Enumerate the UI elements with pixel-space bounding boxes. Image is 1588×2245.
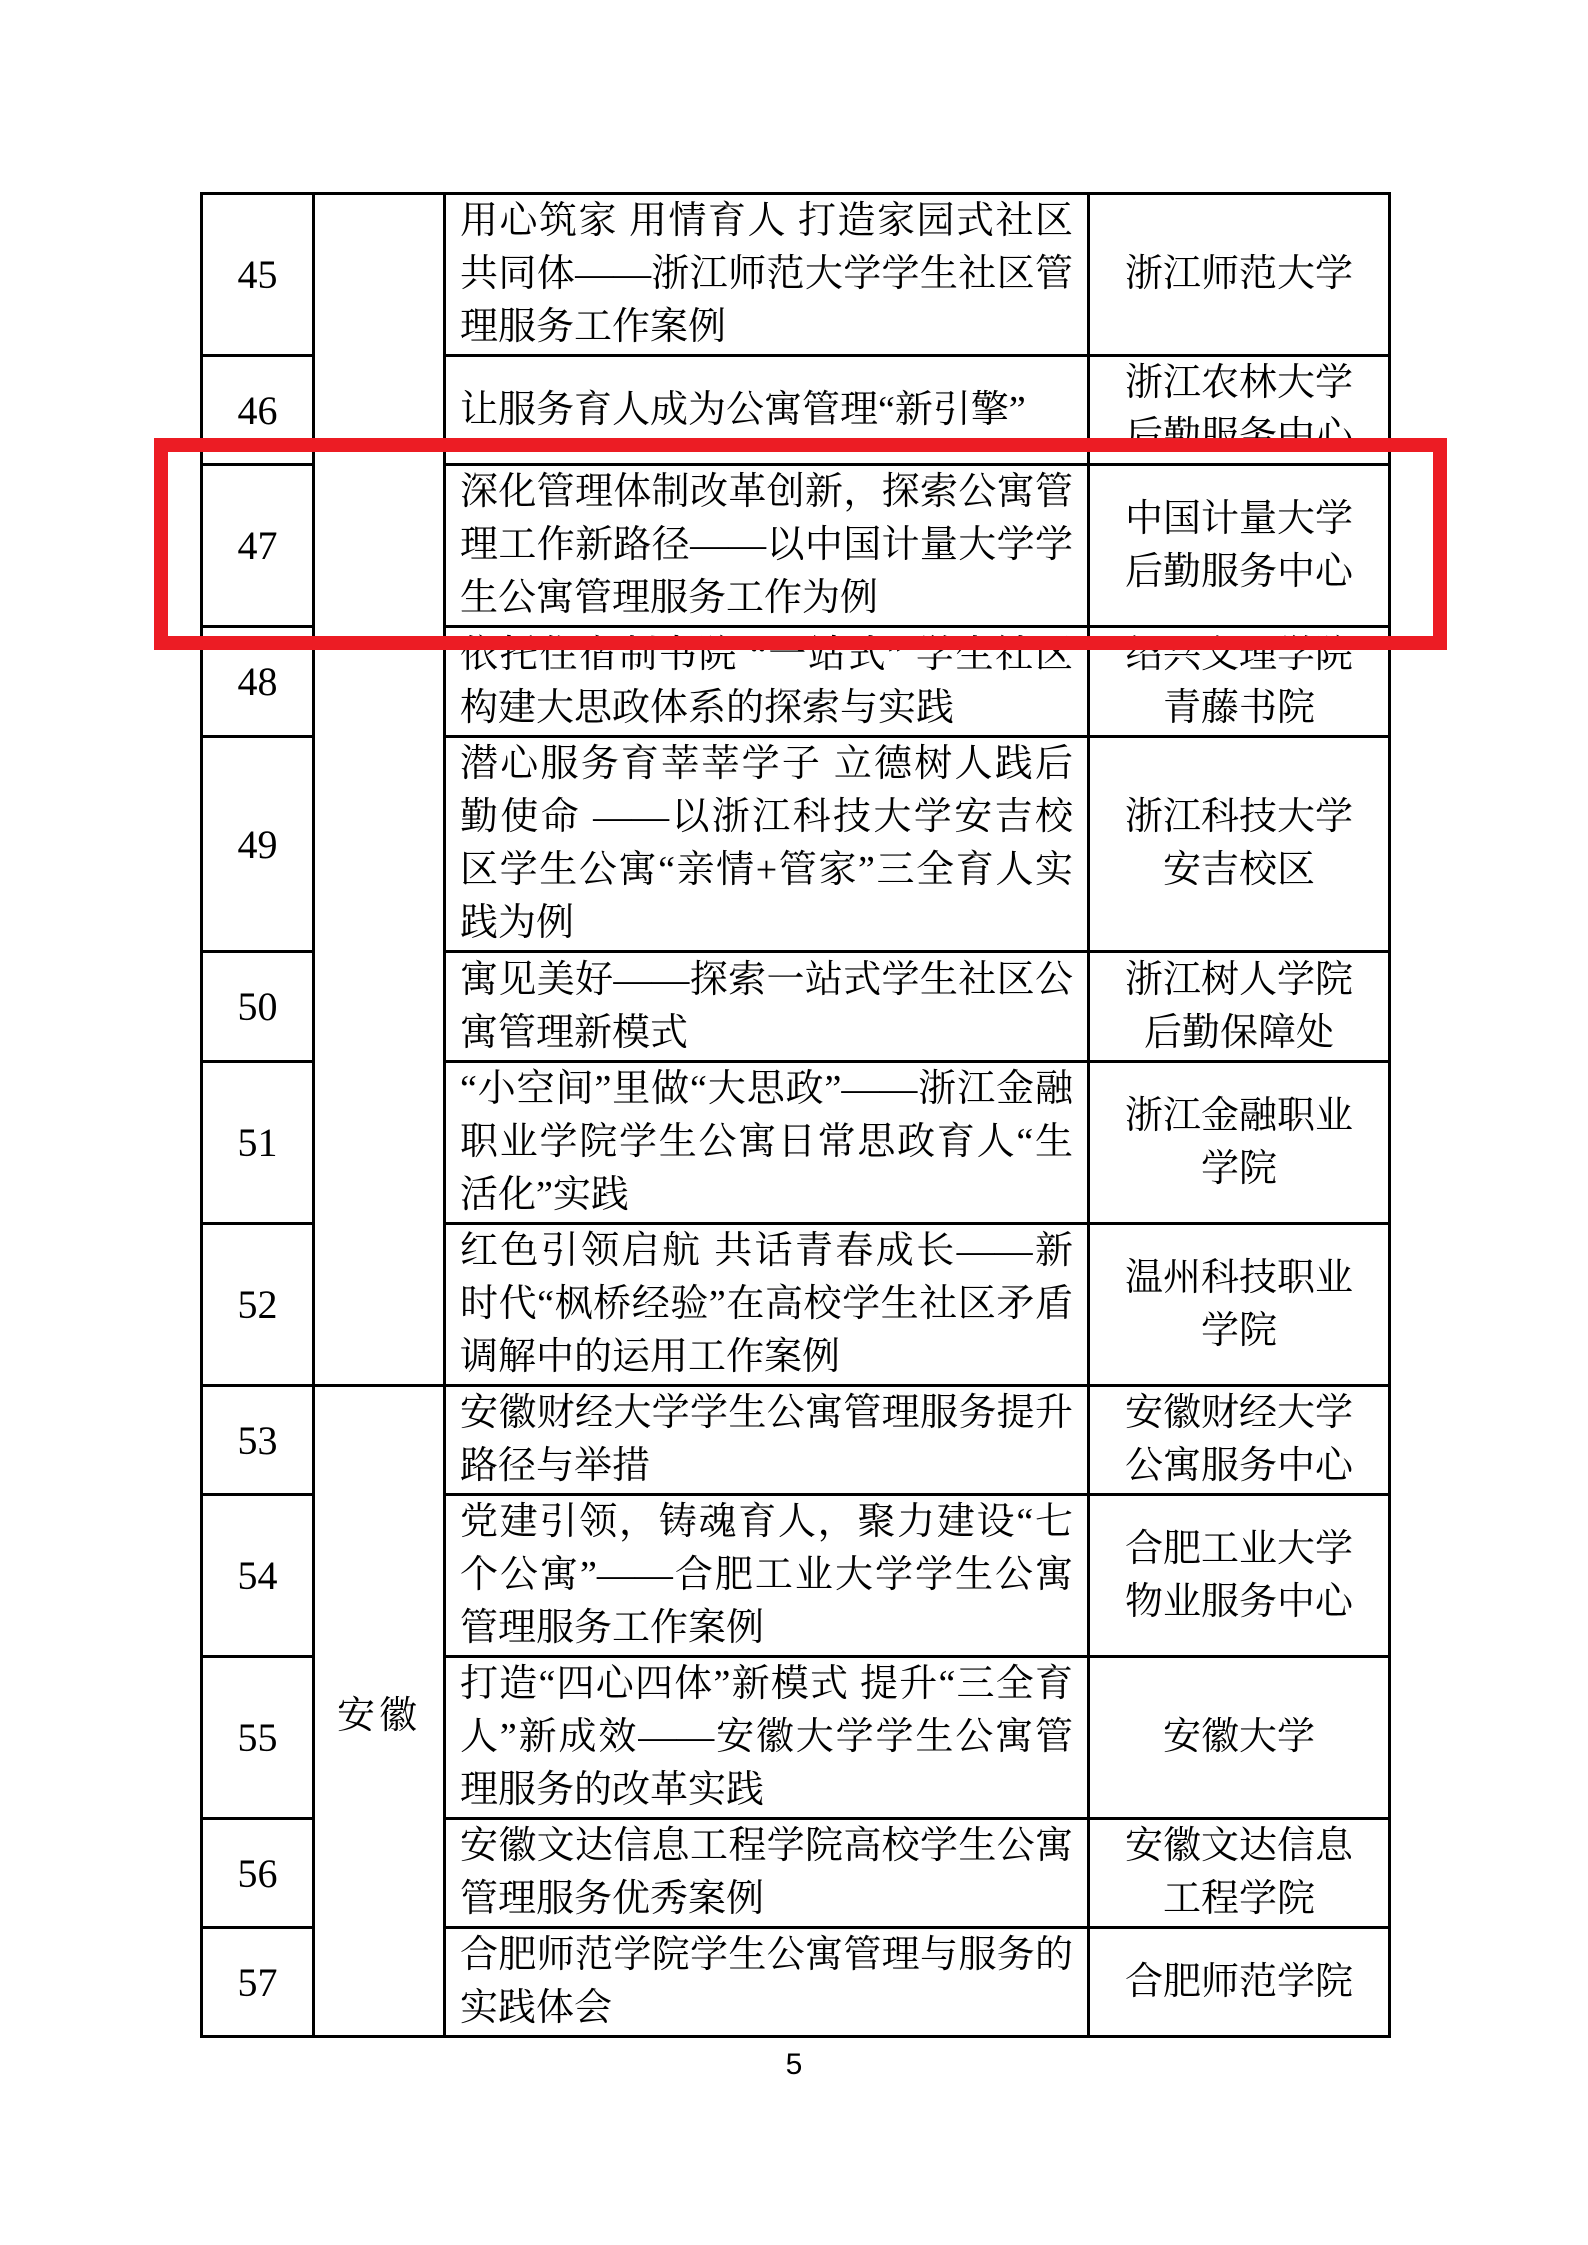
row-number-cell: 47 <box>202 465 314 627</box>
award-table-body: 45用心筑家 用情育人 打造家园式社区共同体——浙江师范大学学生社区管理服务工作… <box>202 194 1390 2037</box>
row-number-cell: 53 <box>202 1386 314 1495</box>
document-page: 45用心筑家 用情育人 打造家园式社区共同体——浙江师范大学学生社区管理服务工作… <box>0 0 1588 2245</box>
organization-cell: 安徽大学 <box>1089 1657 1390 1819</box>
organization-cell: 安徽财经大学公寓服务中心 <box>1089 1386 1390 1495</box>
row-number-cell: 56 <box>202 1819 314 1928</box>
province-cell <box>314 194 445 1386</box>
organization-cell: 合肥工业大学物业服务中心 <box>1089 1495 1390 1657</box>
row-number-cell: 49 <box>202 737 314 952</box>
case-title-cell: 安徽文达信息工程学院高校学生公寓管理服务优秀案例 <box>445 1819 1089 1928</box>
row-number-cell: 51 <box>202 1062 314 1224</box>
organization-cell: 绍兴文理学院青藤书院 <box>1089 627 1390 737</box>
case-title-cell: “小空间”里做“大思政”——浙江金融职业学院学生公寓日常思政育人“生活化”实践 <box>445 1062 1089 1224</box>
row-number-cell: 57 <box>202 1928 314 2037</box>
row-number-cell: 55 <box>202 1657 314 1819</box>
case-title-cell: 打造“四心四体”新模式 提升“三全育人”新成效——安徽大学学生公寓管理服务的改革… <box>445 1657 1089 1819</box>
case-title-cell: 依托住宿制书院 “一站式” 学生社区构建大思政体系的探索与实践 <box>445 627 1089 737</box>
case-title-cell: 用心筑家 用情育人 打造家园式社区共同体——浙江师范大学学生社区管理服务工作案例 <box>445 194 1089 356</box>
award-case-table: 45用心筑家 用情育人 打造家园式社区共同体——浙江师范大学学生社区管理服务工作… <box>200 192 1391 2038</box>
case-title-cell: 安徽财经大学学生公寓管理服务提升路径与举措 <box>445 1386 1089 1495</box>
case-title-cell: 寓见美好——探索一站式学生社区公寓管理新模式 <box>445 952 1089 1062</box>
row-number-cell: 45 <box>202 194 314 356</box>
province-cell: 安徽 <box>314 1386 445 2037</box>
row-number-cell: 46 <box>202 356 314 465</box>
table-row: 45用心筑家 用情育人 打造家园式社区共同体——浙江师范大学学生社区管理服务工作… <box>202 194 1390 356</box>
organization-cell: 温州科技职业学院 <box>1089 1224 1390 1386</box>
row-number-cell: 52 <box>202 1224 314 1386</box>
organization-cell: 浙江科技大学安吉校区 <box>1089 737 1390 952</box>
organization-cell: 浙江树人学院后勤保障处 <box>1089 952 1390 1062</box>
row-number-cell: 50 <box>202 952 314 1062</box>
case-title-cell: 让服务育人成为公寓管理“新引擎” <box>445 356 1089 465</box>
case-title-cell: 党建引领，铸魂育人，聚力建设“七个公寓”——合肥工业大学学生公寓管理服务工作案例 <box>445 1495 1089 1657</box>
case-title-cell: 潜心服务育莘莘学子 立德树人践后勤使命 ——以浙江科技大学安吉校区学生公寓“亲情… <box>445 737 1089 952</box>
row-number-cell: 54 <box>202 1495 314 1657</box>
row-number-cell: 48 <box>202 627 314 737</box>
page-number: 5 <box>0 2048 1588 2082</box>
case-title-cell: 合肥师范学院学生公寓管理与服务的实践体会 <box>445 1928 1089 2037</box>
organization-cell: 中国计量大学后勤服务中心 <box>1089 465 1390 627</box>
case-title-cell: 红色引领启航 共话青春成长——新时代“枫桥经验”在高校学生社区矛盾调解中的运用工… <box>445 1224 1089 1386</box>
organization-cell: 安徽文达信息工程学院 <box>1089 1819 1390 1928</box>
organization-cell: 浙江师范大学 <box>1089 194 1390 356</box>
organization-cell: 浙江金融职业学院 <box>1089 1062 1390 1224</box>
case-title-cell: 深化管理体制改革创新，探索公寓管理工作新路径——以中国计量大学学生公寓管理服务工… <box>445 465 1089 627</box>
organization-cell: 浙江农林大学后勤服务中心 <box>1089 356 1390 465</box>
table-row: 53安徽安徽财经大学学生公寓管理服务提升路径与举措安徽财经大学公寓服务中心 <box>202 1386 1390 1495</box>
organization-cell: 合肥师范学院 <box>1089 1928 1390 2037</box>
